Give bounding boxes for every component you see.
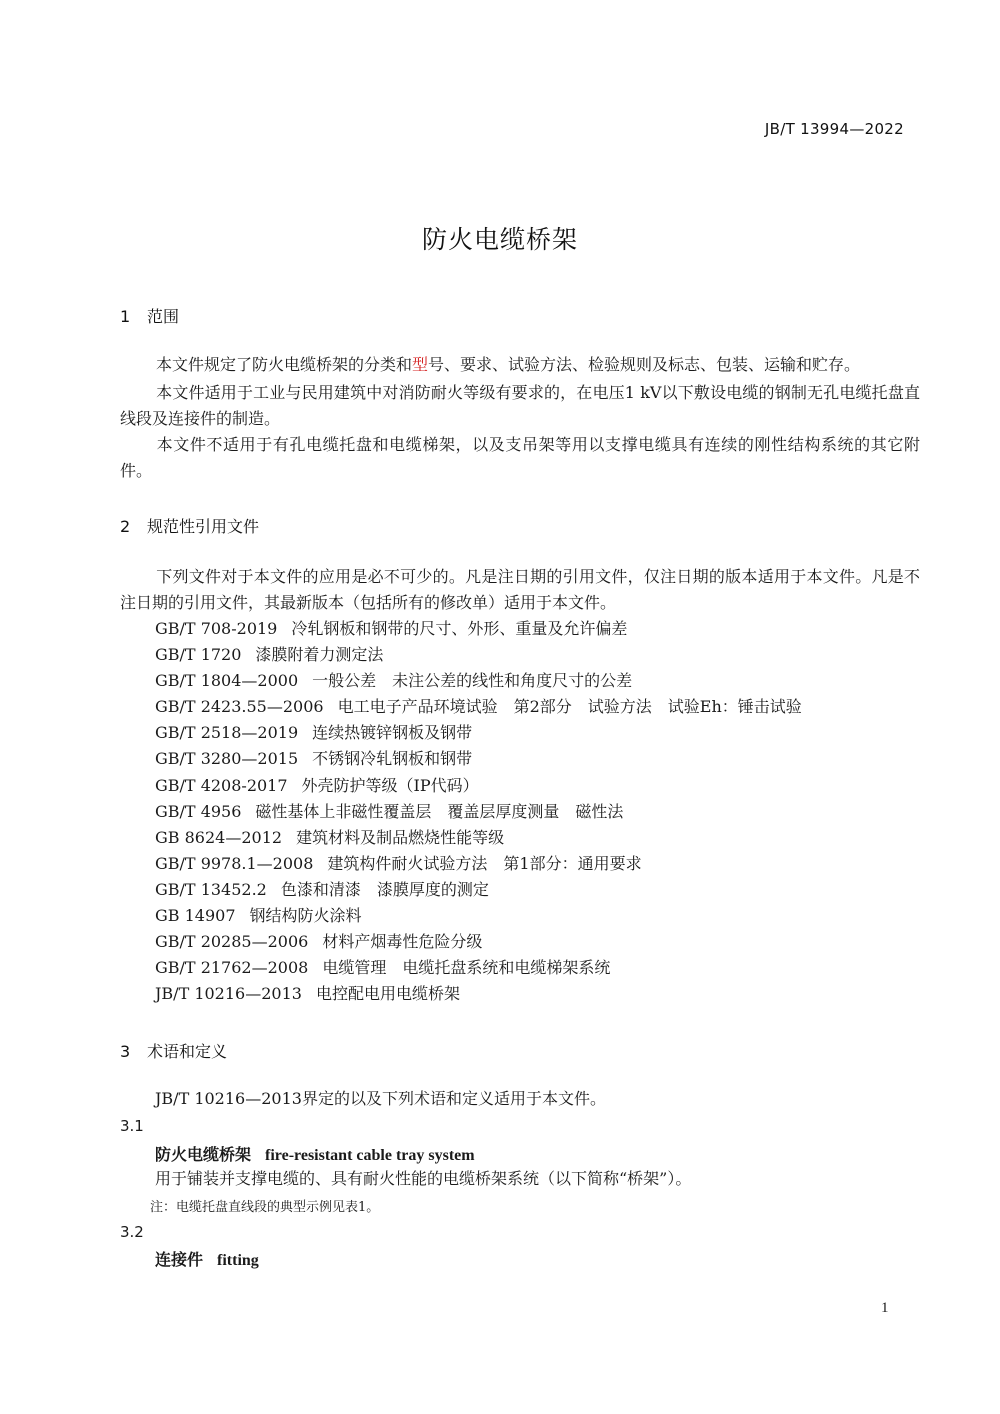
reference-title: 电控配电用电缆桥架	[316, 984, 460, 1003]
reference-code: GB/T 2518—2019	[155, 720, 298, 746]
reference-title: 建筑构件耐火试验方法 第1部分：通用要求	[327, 854, 641, 873]
references-intro-text: 下列文件对于本文件的应用是必不可少的。凡是注日期的引用文件，仅注日期的版本适用于…	[120, 567, 920, 612]
section-number: 3	[120, 1042, 147, 1061]
reference-title: 磁性基体上非磁性覆盖层 覆盖层厚度测量 磁性法	[255, 802, 623, 821]
term-en: fire-resistant cable tray system	[265, 1147, 475, 1164]
term-note: 注：电缆托盘直线段的典型示例见表1。	[150, 1196, 379, 1215]
section-title: 术语和定义	[147, 1042, 227, 1061]
clause-number-3-1: 3.1	[120, 1117, 144, 1135]
reference-code: GB/T 9978.1—2008	[155, 851, 313, 877]
scope-p1-text: 本文件规定了防火电缆桥架的分类和	[156, 355, 412, 374]
highlighted-char: 型	[412, 355, 428, 374]
reference-item: GB/T 1804—2000一般公差 未注公差的线性和角度尺寸的公差	[155, 668, 802, 694]
reference-list: GB/T 708-2019冷轧钢板和钢带的尺寸、外形、重量及允许偏差 GB/T …	[155, 616, 802, 1007]
reference-title: 不锈钢冷轧钢板和钢带	[312, 749, 472, 768]
reference-title: 电工电子产品环境试验 第2部分 试验方法 试验Eh：锤击试验	[338, 697, 802, 716]
reference-item: GB/T 708-2019冷轧钢板和钢带的尺寸、外形、重量及允许偏差	[155, 616, 802, 642]
reference-title: 冷轧钢板和钢带的尺寸、外形、重量及允许偏差	[291, 619, 627, 638]
reference-code: GB/T 4956	[155, 799, 241, 825]
term-en: fitting	[217, 1252, 259, 1269]
reference-code: GB 8624—2012	[155, 825, 282, 851]
scope-p3-text: 本文件不适用于有孔电缆托盘和电缆梯架，以及支吊架等用以支撑电缆具有连续的刚性结构…	[120, 435, 920, 480]
reference-title: 电缆管理 电缆托盘系统和电缆梯架系统	[322, 958, 610, 977]
reference-item: GB 8624—2012建筑材料及制品燃烧性能等级	[155, 825, 802, 851]
reference-title: 建筑材料及制品燃烧性能等级	[296, 828, 504, 847]
term-fitting: 连接件fitting	[155, 1247, 259, 1270]
section-number: 1	[120, 307, 147, 326]
reference-code: GB/T 20285—2006	[155, 929, 308, 955]
clause-number-3-2: 3.2	[120, 1223, 144, 1241]
reference-item: GB/T 20285—2006材料产烟毒性危险分级	[155, 929, 802, 955]
section-title: 范围	[147, 307, 179, 326]
scope-paragraph-1: 本文件规定了防火电缆桥架的分类和型号、要求、试验方法、检验规则及标志、包装、运输…	[120, 352, 920, 378]
scope-p1-text-end: 号、要求、试验方法、检验规则及标志、包装、运输和贮存。	[428, 355, 860, 374]
reference-item: GB 14907钢结构防火涂料	[155, 903, 802, 929]
reference-code: GB/T 1720	[155, 642, 241, 668]
reference-code: GB 14907	[155, 903, 236, 929]
document-title: 防火电缆桥架	[0, 220, 1000, 256]
term-definition: 用于铺装并支撑电缆的、具有耐火性能的电缆桥架系统（以下简称“桥架”）。	[155, 1167, 691, 1191]
reference-title: 外壳防护等级（IP代码）	[302, 776, 479, 795]
section-heading-terms: 3术语和定义	[120, 1039, 227, 1062]
reference-title: 材料产烟毒性危险分级	[322, 932, 482, 951]
reference-code: GB/T 2423.55—2006	[155, 694, 324, 720]
reference-item: JB/T 10216—2013电控配电用电缆桥架	[155, 981, 802, 1007]
reference-item: GB/T 21762—2008电缆管理 电缆托盘系统和电缆梯架系统	[155, 955, 802, 981]
reference-item: GB/T 3280—2015不锈钢冷轧钢板和钢带	[155, 746, 802, 772]
document-page: JB/T 13994—2022 防火电缆桥架 1范围 本文件规定了防火电缆桥架的…	[0, 0, 1000, 1414]
reference-code: GB/T 4208-2017	[155, 773, 288, 799]
reference-code: GB/T 1804—2000	[155, 668, 298, 694]
reference-title: 一般公差 未注公差的线性和角度尺寸的公差	[312, 671, 632, 690]
references-intro: 下列文件对于本文件的应用是必不可少的。凡是注日期的引用文件，仅注日期的版本适用于…	[120, 564, 920, 616]
reference-title: 漆膜附着力测定法	[255, 645, 383, 664]
reference-title: 钢结构防火涂料	[250, 906, 362, 925]
scope-paragraph-3: 本文件不适用于有孔电缆托盘和电缆梯架，以及支吊架等用以支撑电缆具有连续的刚性结构…	[120, 432, 920, 484]
reference-item: GB/T 4956磁性基体上非磁性覆盖层 覆盖层厚度测量 磁性法	[155, 799, 802, 825]
reference-item: GB/T 13452.2色漆和清漆 漆膜厚度的测定	[155, 877, 802, 903]
reference-code: GB/T 708-2019	[155, 616, 277, 642]
reference-item: GB/T 1720漆膜附着力测定法	[155, 642, 802, 668]
reference-code: GB/T 21762—2008	[155, 955, 308, 981]
term-fire-resistant-cable-tray: 防火电缆桥架fire-resistant cable tray system	[155, 1142, 475, 1165]
reference-item: GB/T 9978.1—2008建筑构件耐火试验方法 第1部分：通用要求	[155, 851, 802, 877]
reference-item: GB/T 2518—2019连续热镀锌钢板及钢带	[155, 720, 802, 746]
reference-code: GB/T 13452.2	[155, 877, 267, 903]
page-number: 1	[881, 1300, 889, 1317]
reference-item: GB/T 4208-2017外壳防护等级（IP代码）	[155, 773, 802, 799]
reference-code: GB/T 3280—2015	[155, 746, 298, 772]
section-heading-normative-references: 2规范性引用文件	[120, 514, 259, 537]
section-heading-scope: 1范围	[120, 304, 179, 327]
reference-item: GB/T 2423.55—2006电工电子产品环境试验 第2部分 试验方法 试验…	[155, 694, 802, 720]
reference-code: JB/T 10216—2013	[155, 981, 302, 1007]
scope-p2-text: 本文件适用于工业与民用建筑中对消防耐火等级有要求的，在电压1 kV以下敷设电缆的…	[120, 383, 920, 428]
term-zh: 连接件	[155, 1250, 203, 1269]
term-zh: 防火电缆桥架	[155, 1145, 251, 1164]
terms-intro: JB/T 10216—2013界定的以及下列术语和定义适用于本文件。	[155, 1087, 606, 1111]
reference-title: 色漆和清漆 漆膜厚度的测定	[281, 880, 489, 899]
scope-paragraph-2: 本文件适用于工业与民用建筑中对消防耐火等级有要求的，在电压1 kV以下敷设电缆的…	[120, 380, 920, 432]
section-title: 规范性引用文件	[147, 517, 259, 536]
reference-title: 连续热镀锌钢板及钢带	[312, 723, 472, 742]
standard-code: JB/T 13994—2022	[765, 120, 904, 138]
section-number: 2	[120, 517, 147, 536]
